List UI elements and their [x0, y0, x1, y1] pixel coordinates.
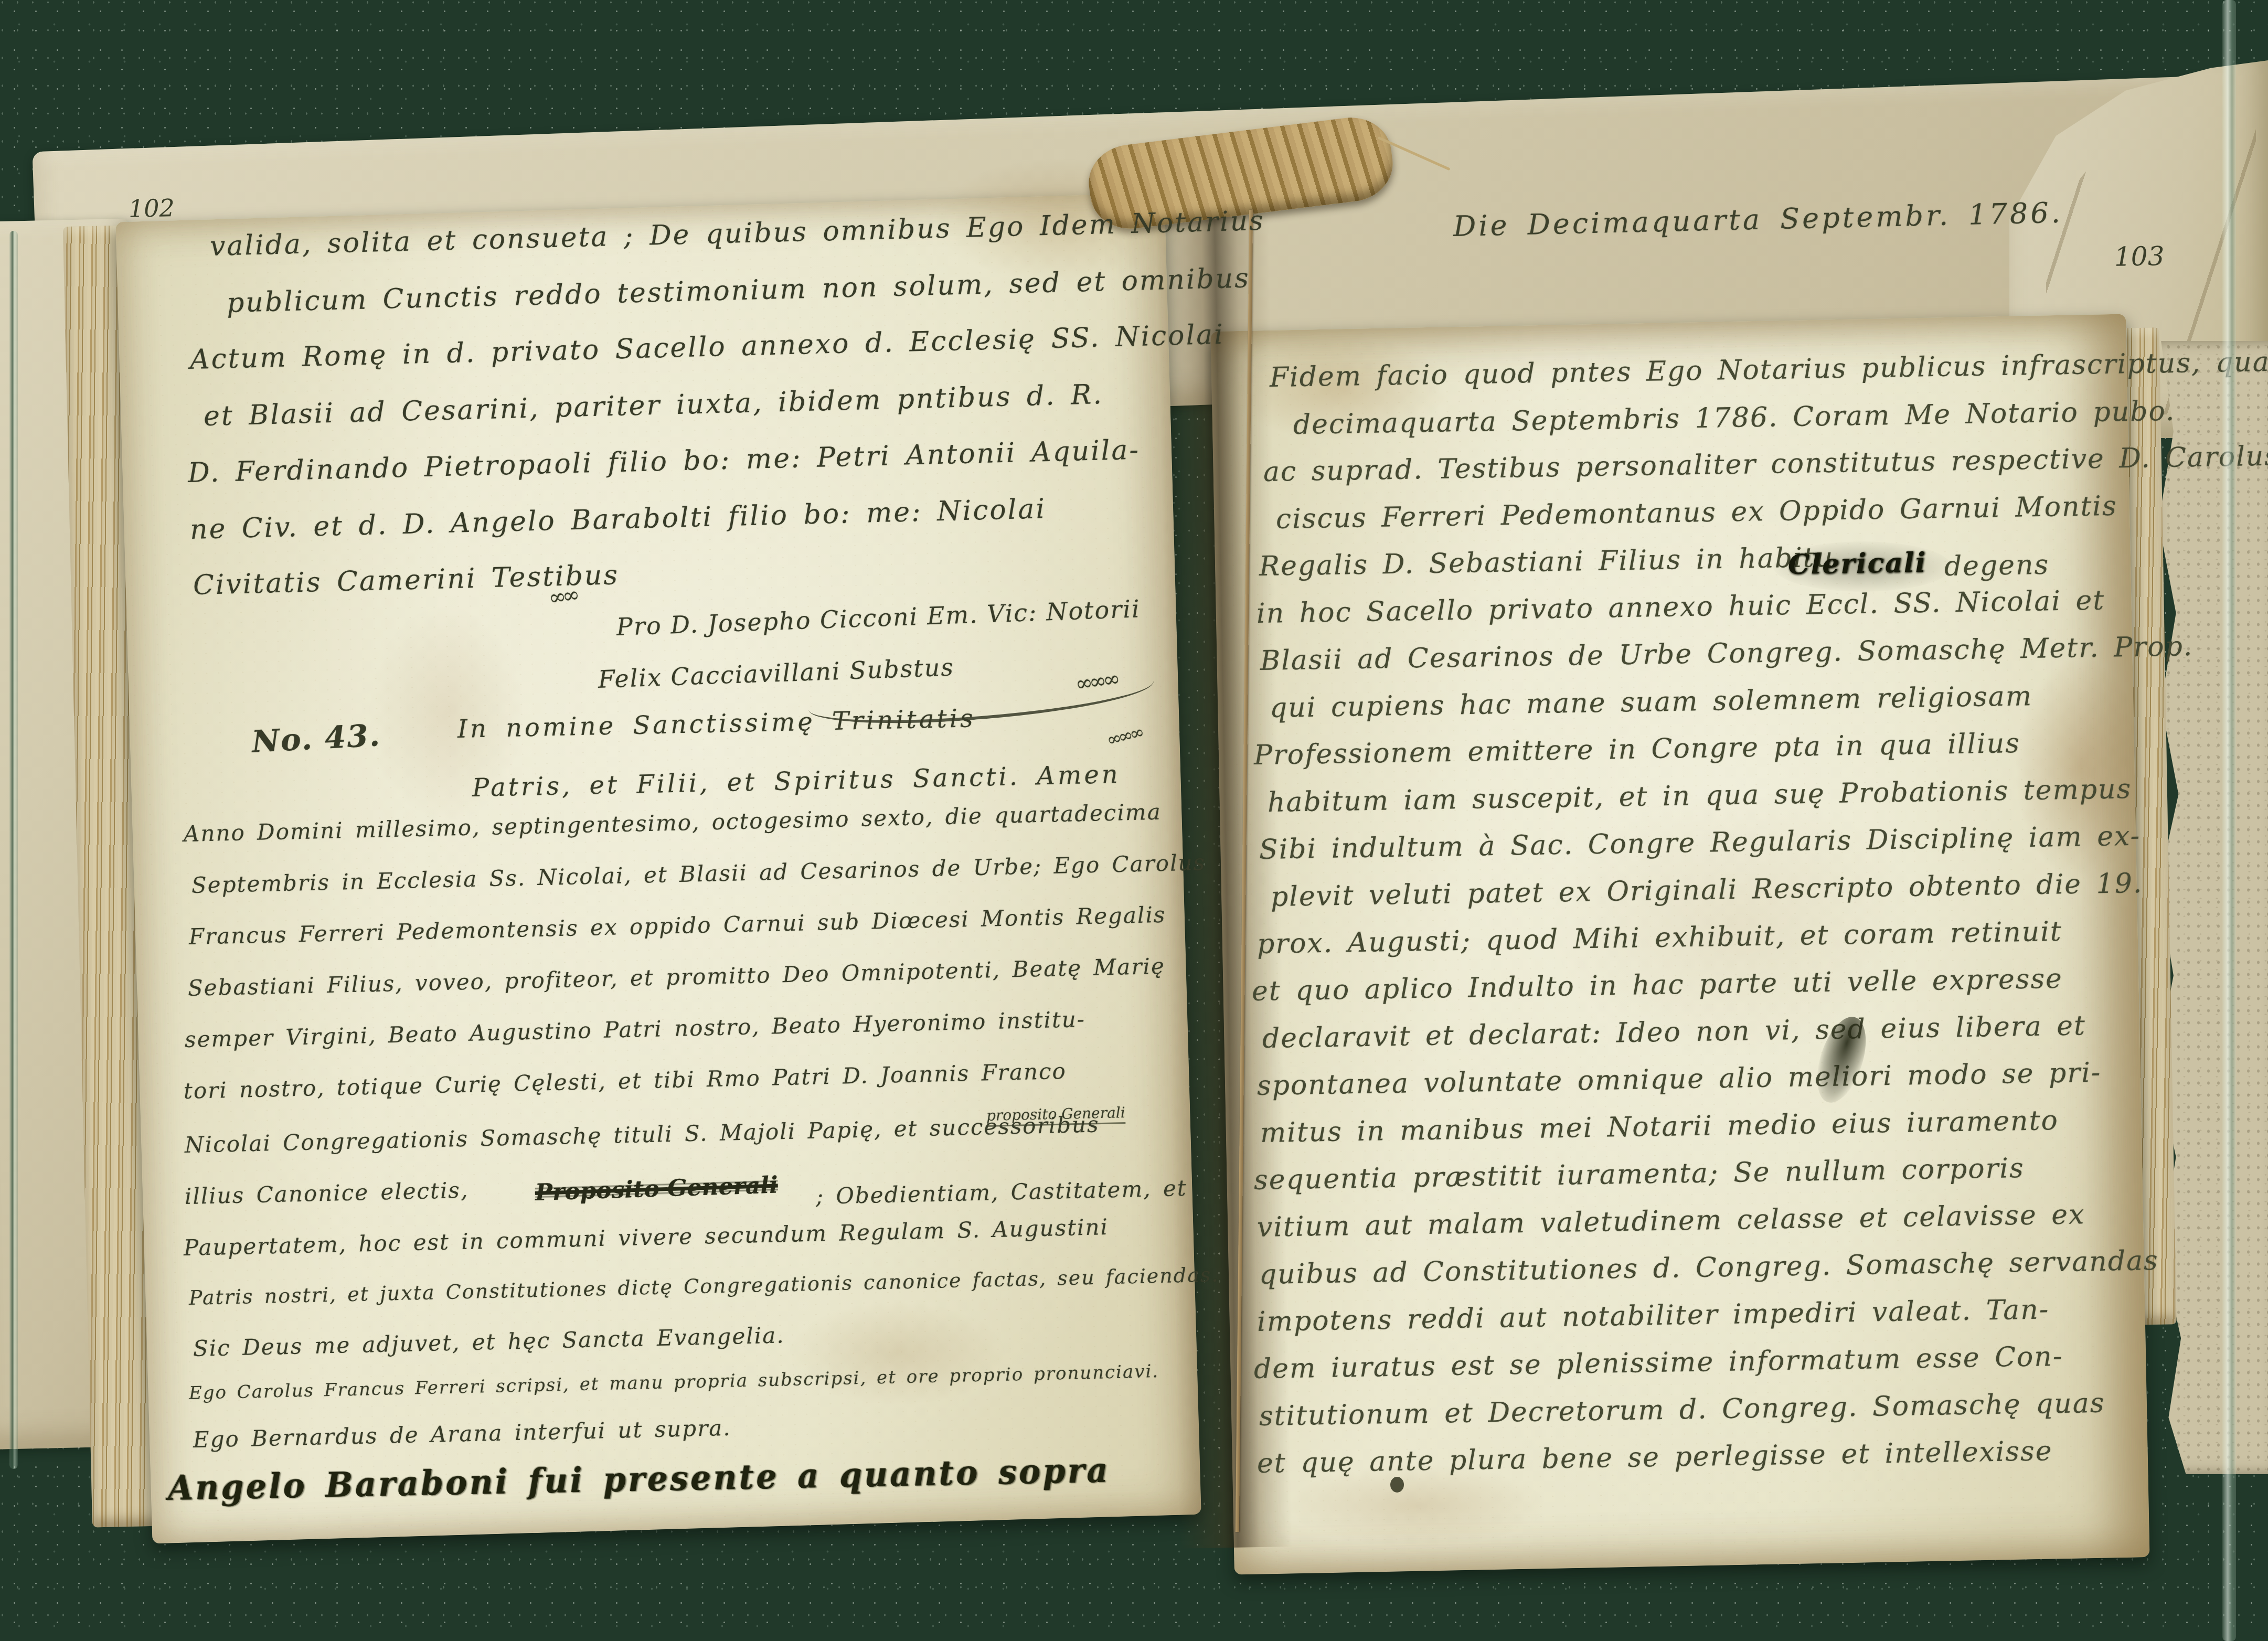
page-number-right: 103	[2114, 241, 2165, 272]
ink-blot	[1390, 1477, 1404, 1493]
manuscript-line: No. 43.	[251, 717, 381, 760]
manuscript-line: ∞∞	[547, 583, 578, 611]
ink-smudge	[1773, 541, 1952, 592]
manuscript-scan: { "scan": { "type": "historical manuscri…	[0, 0, 2268, 1641]
glass-plate-edge-right	[2222, 0, 2236, 1641]
paper-stain	[787, 1301, 1007, 1406]
manuscript-line: degens	[1944, 549, 2050, 582]
page-number-left: 102	[129, 194, 175, 223]
glass-plate-edge-left	[9, 231, 18, 1469]
